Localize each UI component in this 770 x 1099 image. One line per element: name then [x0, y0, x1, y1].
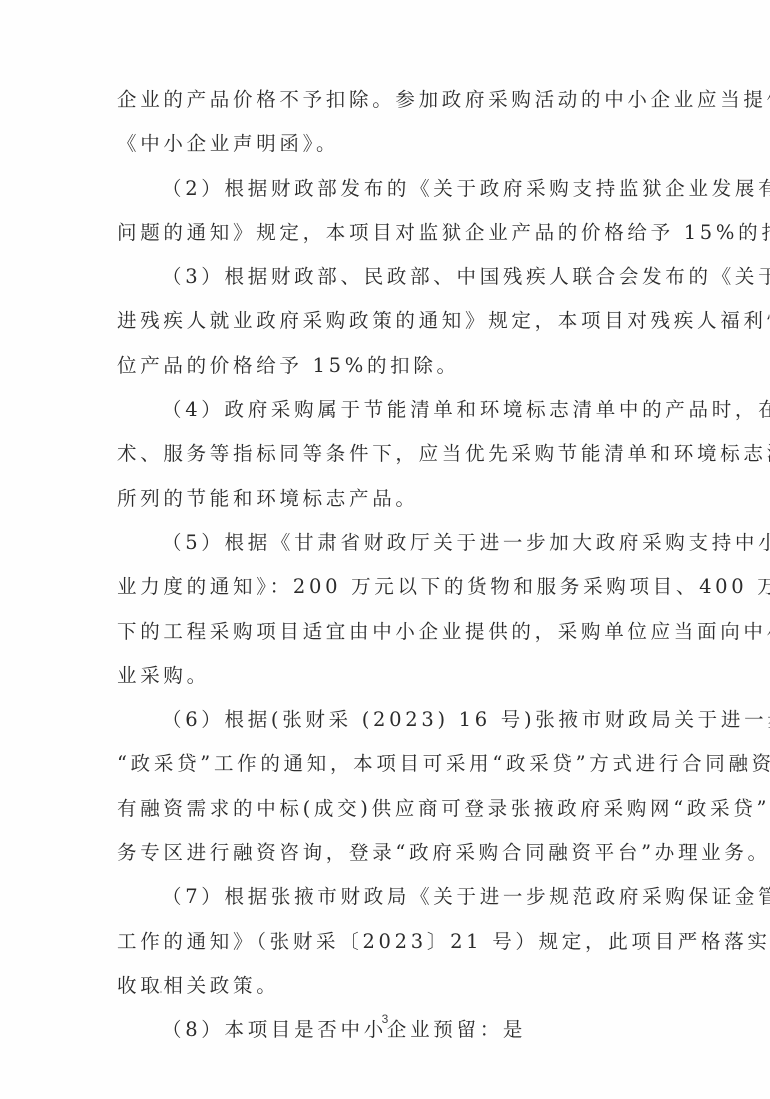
text-line-6: 进残疾人就业政府采购政策的通知》规定，本项目对残疾人福利性单: [117, 305, 669, 349]
text-line-10: 所列的节能和环境标志产品。: [117, 483, 669, 527]
paragraph-4-start: （4）政府采购属于节能清单和环境标志清单中的产品时，在技: [117, 394, 669, 438]
text-line-2: 《中小企业声明函》。: [117, 128, 669, 172]
paragraph-7-start: （7）根据张掖市财政局《关于进一步规范政府采购保证金管理: [117, 881, 669, 925]
text-line-9: 术、服务等指标同等条件下，应当优先采购节能清单和环境标志清单: [117, 438, 669, 482]
document-body: 企业的产品价格不予扣除。参加政府采购活动的中小企业应当提供 《中小企业声明函》。…: [117, 84, 669, 1059]
text-line-16: “政采贷”工作的通知，本项目可采用“政采贷”方式进行合同融资，: [117, 748, 669, 792]
text-line-13: 下的工程采购项目适宜由中小企业提供的，采购单位应当面向中小企: [117, 616, 669, 660]
paragraph-5-start: （5）根据《甘肃省财政厅关于进一步加大政府采购支持中小企: [117, 527, 669, 571]
paragraph-3-start: （3）根据财政部、民政部、中国残疾人联合会发布的《关于促: [117, 261, 669, 305]
paragraph-6-start: （6）根据(张财采 (2023) 16 号)张掖市财政局关于进一步做好: [117, 704, 669, 748]
text-line-20: 工作的通知》（张财采〔2023〕21 号）规定，此项目严格落实保证金: [117, 926, 669, 970]
text-line-4: 问题的通知》规定，本项目对监狱企业产品的价格给予 15%的扣除。: [117, 217, 669, 261]
text-line-12: 业力度的通知》：200 万元以下的货物和服务采购项目、400 万元以: [117, 571, 669, 615]
text-line-1: 企业的产品价格不予扣除。参加政府采购活动的中小企业应当提供: [117, 84, 669, 128]
scan-speck: [160, 991, 162, 993]
text-line-14: 业采购。: [117, 660, 669, 704]
text-line-17: 有融资需求的中标(成交)供应商可登录张掖政府采购网“政采贷”业: [117, 793, 669, 837]
paragraph-2-start: （2）根据财政部发布的《关于政府采购支持监狱企业发展有关: [117, 173, 669, 217]
text-line-21: 收取相关政策。: [117, 970, 669, 1014]
document-page: 企业的产品价格不予扣除。参加政府采购活动的中小企业应当提供 《中小企业声明函》。…: [0, 0, 770, 1099]
page-number: 3: [0, 1012, 770, 1026]
text-line-7: 位产品的价格给予 15%的扣除。: [117, 350, 669, 394]
text-line-18: 务专区进行融资咨询，登录“政府采购合同融资平台”办理业务。: [117, 837, 669, 881]
